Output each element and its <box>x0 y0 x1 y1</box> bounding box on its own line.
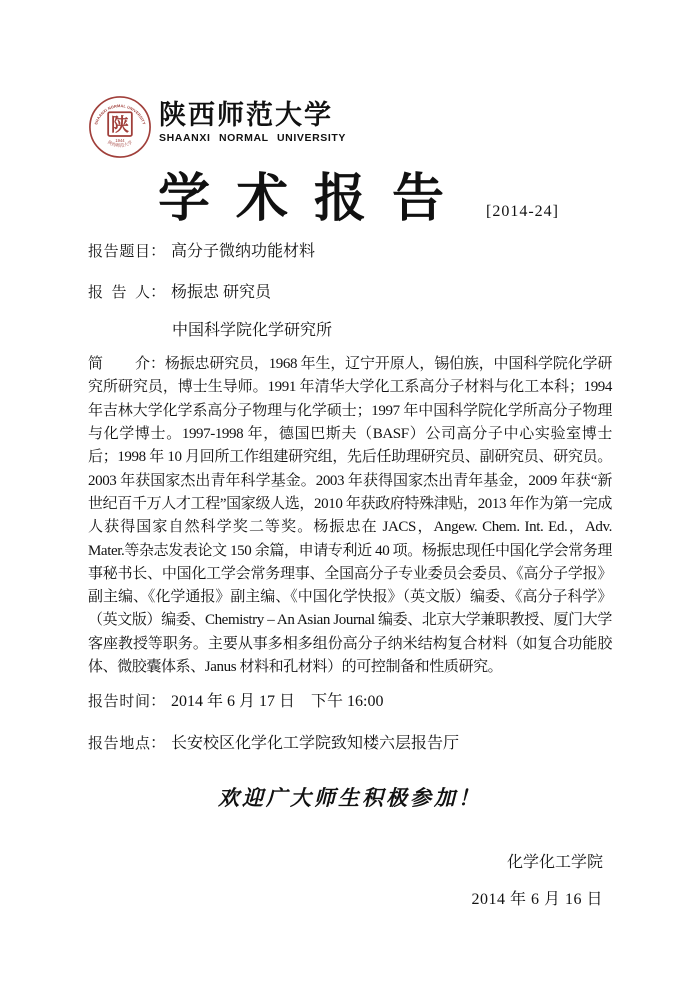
field-report-time: 报告时间：2014 年 6 月 17 日 下午 16:00 <box>88 693 612 711</box>
lecture-announcement-page: SHAANXI NORMAL UNIVERSITY 陕 1944 陕西师范大学 … <box>0 0 700 990</box>
university-name-english: SHAANXI NORMAL UNIVERSITY <box>159 132 346 144</box>
label-colon: ： <box>150 243 166 261</box>
issuing-department: 化学化工学院 <box>88 849 603 872</box>
seal-founding-year: 1944 <box>115 138 125 143</box>
report-location-label: 报告地点 <box>88 736 150 753</box>
seal-center-character: 陕 <box>111 114 129 135</box>
report-speaker-label: 报告人 <box>88 285 150 302</box>
report-speaker-value: 杨振忠 研究员 <box>171 284 271 301</box>
report-location-value: 长安校区化学化工学院致知楼六层报告厅 <box>171 735 459 752</box>
label-colon: ： <box>150 284 166 302</box>
bio-text: 杨振忠研究员，1968 年生，辽宁开原人，锡伯族，中国科学院化学研究所研究员，博… <box>88 356 612 675</box>
report-topic-label: 报告题目 <box>88 244 150 261</box>
field-report-location: 报告地点：长安校区化学化工学院致知楼六层报告厅 <box>88 735 612 753</box>
report-time-label: 报告时间 <box>88 694 150 711</box>
university-name-chinese: 陕西师范大学 <box>159 101 346 129</box>
label-colon: ： <box>150 693 166 711</box>
university-logo: SHAANXI NORMAL UNIVERSITY 陕 1944 陕西师范大学 … <box>88 90 612 158</box>
field-report-speaker: 报告人：杨振忠 研究员 <box>88 284 612 302</box>
bio-label: 简介 <box>88 353 150 376</box>
report-time-value: 2014 年 6 月 17 日 下午 16:00 <box>171 693 383 710</box>
signature-block: 化学化工学院 2014 年 6 月 16 日 <box>88 849 612 909</box>
issue-date: 2014 年 6 月 16 日 <box>88 886 603 909</box>
label-colon: ： <box>150 353 165 376</box>
title-block: 学术报告 [2014-24] <box>158 166 612 226</box>
report-number: [2014-24] <box>486 203 559 221</box>
speaker-affiliation-value: 中国科学院化学研究所 <box>172 322 332 339</box>
label-colon: ： <box>150 735 166 753</box>
field-speaker-affiliation: 中国科学院化学研究所 <box>172 322 612 340</box>
university-seal-icon: SHAANXI NORMAL UNIVERSITY 陕 1944 陕西师范大学 <box>88 94 152 160</box>
speaker-bio-paragraph: 简介：杨振忠研究员，1968 年生，辽宁开原人，锡伯族，中国科学院化学研究所研究… <box>88 353 612 679</box>
field-report-topic: 报告题目：高分子微纳功能材料 <box>88 243 612 261</box>
report-topic-value: 高分子微纳功能材料 <box>171 243 315 260</box>
welcome-message: 欢迎广大师生积极参加！ <box>88 782 612 812</box>
university-wordmark: 陕西师范大学 SHAANXI NORMAL UNIVERSITY <box>159 101 346 144</box>
page-title: 学术报告 <box>158 174 470 226</box>
